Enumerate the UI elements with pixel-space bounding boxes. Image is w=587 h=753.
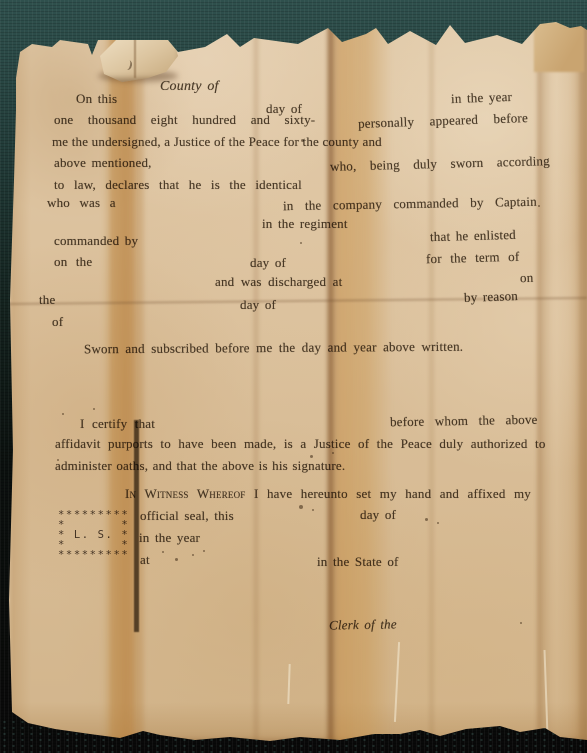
foxing-speck [203, 550, 205, 552]
line-personally-appeared: personally appeared before [358, 110, 528, 132]
foxing-speck [162, 551, 164, 553]
line-who-being: who, being duly sworn according [330, 153, 550, 175]
right-fold-strip [538, 18, 587, 742]
line-in-regiment: in the regiment [262, 216, 348, 232]
line-affidavit: affidavit purports to have been made, is… [55, 436, 546, 452]
foxing-speck [192, 554, 194, 556]
right-fold-line-2 [580, 18, 582, 742]
line-that-enlisted: that he enlisted [430, 227, 516, 245]
foxing-speck [312, 509, 314, 511]
line-one-thousand: one thousand eight hundred and sixty- [54, 112, 315, 128]
line-in-the-year-1: in the year [451, 89, 513, 107]
line-on-2: on [520, 270, 534, 286]
line-the-2: the [39, 292, 55, 308]
line-day-of-4: day of [360, 507, 396, 523]
foxing-speck [62, 413, 64, 415]
line-to-law: to law, declares that he is the identica… [54, 177, 302, 193]
line-of-2: of [52, 314, 63, 330]
top-right-fold-tab [534, 22, 584, 72]
line-day-of-3: day of [240, 297, 276, 313]
seal-row: ********* [58, 549, 129, 561]
line-administer: administer oaths, and that the above is … [55, 458, 345, 474]
line-me-undersigned: me the undersigned, a Justice of the Pea… [52, 134, 382, 150]
line-before-whom: before whom the above [390, 412, 538, 431]
photo-of-document: County of On this day of in the year one… [0, 0, 587, 753]
line-on-this: On this [76, 91, 117, 107]
foxing-speck [332, 452, 334, 454]
line-day-of-2: day of [250, 255, 286, 271]
line-on-the: on the [54, 254, 92, 270]
paper-crack [287, 664, 290, 704]
line-by-reason: by reason [464, 288, 519, 306]
right-fold-line-1 [538, 18, 540, 742]
line-i-certify: I certify that [80, 416, 155, 432]
line-official-seal: official seal, this [140, 508, 234, 524]
foxing-speck [175, 558, 178, 561]
witness-smallcaps: In Witness Whereof [125, 486, 246, 501]
line-commanded-by: commanded by [54, 233, 138, 249]
foxing-speck [93, 408, 95, 410]
foxing-speck [520, 622, 522, 624]
line-in-witness: In Witness Whereof I have hereunto set m… [125, 486, 531, 502]
witness-rest: I have hereunto set my hand and affixed … [254, 486, 531, 501]
foxing-speck [437, 522, 439, 524]
line-sworn-subscribed: Sworn and subscribed before me the day a… [84, 339, 463, 358]
ls-seal-asterisk-box: ********* * * * L. S. * * * ********* [58, 510, 129, 560]
line-for-term: for the term of [426, 249, 520, 267]
line-at: at [140, 552, 150, 568]
line-in-the-year-2: in the year [139, 530, 200, 546]
line-in-state: in the State of [317, 554, 399, 570]
foxing-speck [425, 518, 428, 521]
document-paper: County of On this day of in the year one… [6, 18, 587, 742]
paper-crack [544, 650, 549, 735]
line-clerk-of-the: Clerk of the [329, 616, 397, 633]
foxing-speck [538, 205, 540, 207]
paper-crack [394, 642, 400, 722]
line-discharged-at: and was discharged at [215, 274, 342, 290]
line-above-mentioned: above mentioned, [54, 155, 152, 171]
foxing-speck [300, 242, 302, 244]
line-in-company: in the company commanded by Captain [283, 194, 537, 214]
line-county-of: County of [160, 79, 219, 95]
line-who-was-a: who was a [47, 195, 116, 211]
foxing-speck [299, 505, 303, 509]
